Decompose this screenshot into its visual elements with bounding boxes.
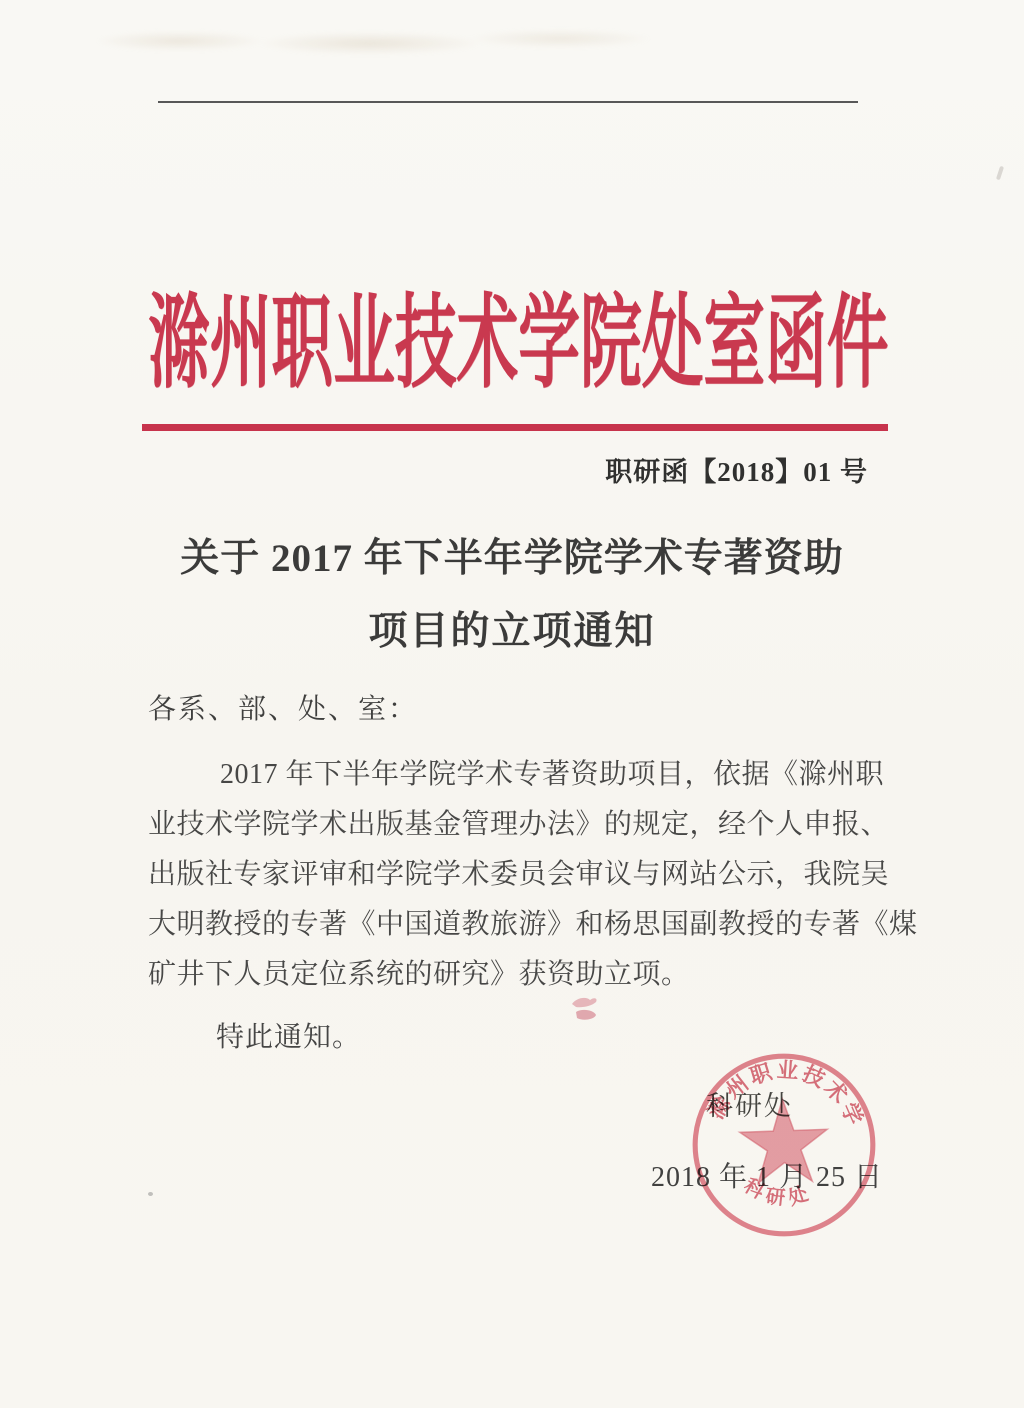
body-line: 矿井下人员定位系统的研究》获资助立项。 xyxy=(148,956,892,1006)
notice-body: 2017 年下半年学院学术专著资助项目，依据《滁州职 业技术学院学术出版基金管理… xyxy=(148,756,892,1006)
scan-dot-artifact xyxy=(148,1192,153,1196)
notice-title-line1: 关于 2017 年下半年学院学术专著资助 xyxy=(0,527,1024,583)
scan-speck-artifact xyxy=(996,166,1004,181)
notice-title-line2: 项目的立项通知 xyxy=(0,600,1024,656)
closing-phrase: 特此通知。 xyxy=(216,1015,361,1055)
svg-text:科研处: 科研处 xyxy=(739,1173,819,1213)
letterhead-title: 滁州职业技术学院处室函件 xyxy=(148,288,889,402)
star-icon xyxy=(739,1098,829,1184)
top-divider-line xyxy=(158,101,858,103)
body-line: 2017 年下半年学院学术专著资助项目，依据《滁州职 xyxy=(148,756,892,806)
letterhead-red-rule xyxy=(142,424,888,431)
scan-ghosting-artifact xyxy=(30,18,710,64)
official-seal-stamp: 滁州职业技术学院 科研处 xyxy=(677,1038,890,1251)
document-number: 职研函【2018】01 号 xyxy=(540,450,868,489)
body-line: 大明教授的专著《中国道教旅游》和杨思国副教授的专著《煤 xyxy=(148,906,892,956)
ink-blot-artifact xyxy=(562,988,608,1028)
salutation: 各系、部、处、室： xyxy=(148,687,418,727)
body-line: 出版社专家评审和学院学术委员会审议与网站公示，我院吴 xyxy=(148,856,892,906)
seal-bottom-text: 科研处 xyxy=(739,1173,819,1213)
scanned-notice-page: 滁州职业技术学院处室函件 职研函【2018】01 号 关于 2017 年下半年学… xyxy=(0,0,1024,1408)
body-line: 业技术学院学术出版基金管理办法》的规定，经个人申报、 xyxy=(148,806,892,856)
